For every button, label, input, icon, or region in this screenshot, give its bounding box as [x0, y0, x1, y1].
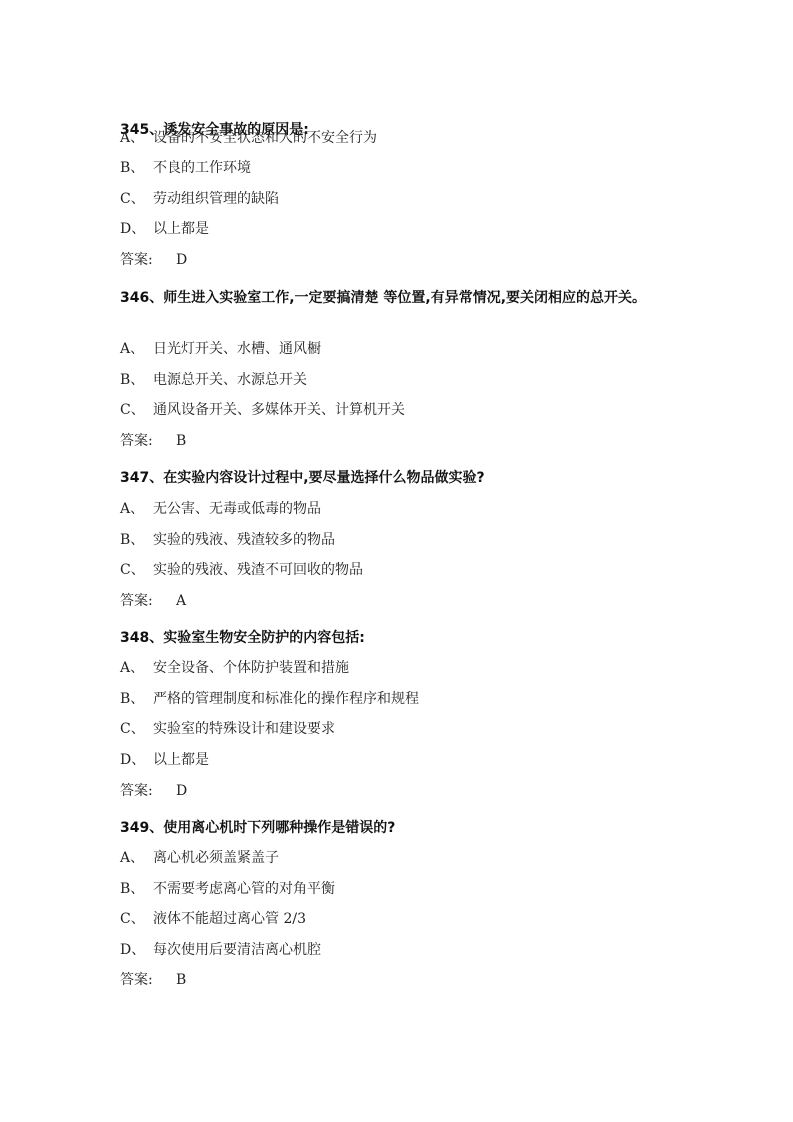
option-text: 以上都是	[153, 221, 209, 237]
option-c: C、实验的残液、残渣不可回收的物品	[120, 561, 363, 579]
option-letter: A、	[120, 500, 153, 518]
option-text: 实验的残液、残渣不可回收的物品	[153, 562, 363, 578]
option-text: 不需要考虑离心管的对角平衡	[153, 881, 335, 897]
option-text: 安全设备、个体防护装置和措施	[153, 660, 349, 676]
option-letter: C、	[120, 401, 153, 419]
option-text: 液体不能超过离心管 2/3	[153, 911, 306, 927]
option-text: 每次使用后要清洁离心机腔	[153, 942, 321, 958]
answer-label: 答案:	[120, 251, 176, 269]
option-letter: A、	[120, 340, 153, 358]
option-letter: B、	[120, 159, 153, 177]
answer-value: B	[176, 433, 186, 449]
option-text: 以上都是	[153, 752, 209, 768]
option-d: D、每次使用后要清洁离心机腔	[120, 941, 321, 959]
option-letter: B、	[120, 880, 153, 898]
question-text: 师生进入实验室工作,一定要搞清楚 等位置,有异常情况,要关闭相应的总开关。	[163, 290, 646, 306]
option-text: 电源总开关、水源总开关	[153, 372, 307, 388]
answer-label: 答案:	[120, 592, 176, 610]
option-text: 不良的工作环境	[153, 160, 251, 176]
option-a: A、离心机必须盖紧盖子	[120, 849, 279, 867]
question-text: 在实验内容设计过程中,要尽量选择什么物品做实验?	[163, 470, 484, 486]
question-title: 346、师生进入实验室工作,一定要搞清楚 等位置,有异常情况,要关闭相应的总开关…	[120, 286, 680, 310]
option-text: 离心机必须盖紧盖子	[153, 850, 279, 866]
question-number: 346、	[120, 290, 163, 306]
answer-line: 答案:B	[120, 432, 186, 450]
option-a: A、日光灯开关、水槽、通风橱	[120, 340, 321, 358]
option-b: B、不良的工作环境	[120, 159, 251, 177]
answer-value: A	[176, 593, 186, 609]
option-c: C、液体不能超过离心管 2/3	[120, 910, 306, 928]
answer-line: 答案:A	[120, 592, 186, 610]
question-title: 347、在实验内容设计过程中,要尽量选择什么物品做实验?	[120, 469, 485, 487]
option-text: 通风设备开关、多媒体开关、计算机开关	[153, 402, 405, 418]
answer-value: D	[176, 783, 187, 799]
answer-value: B	[176, 972, 186, 988]
option-letter: D、	[120, 220, 153, 238]
option-text: 实验的残液、残渣较多的物品	[153, 532, 335, 548]
answer-line: 答案:D	[120, 782, 187, 800]
answer-line: 答案:D	[120, 251, 187, 269]
option-a: A、无公害、无毒或低毒的物品	[120, 500, 321, 518]
option-letter: D、	[120, 751, 153, 769]
option-text: 劳动组织管理的缺陷	[153, 191, 279, 207]
option-letter: A、	[120, 659, 153, 677]
option-b: B、实验的残液、残渣较多的物品	[120, 531, 335, 549]
answer-label: 答案:	[120, 782, 176, 800]
document-page: 345、诱发安全事故的原因是: A、设备的不安全状态和人的不安全行为 B、不良的…	[0, 0, 793, 1122]
option-letter: A、	[120, 849, 153, 867]
option-a: A、设备的不安全状态和人的不安全行为	[120, 129, 377, 147]
option-letter: B、	[120, 371, 153, 389]
option-a: A、安全设备、个体防护装置和措施	[120, 659, 349, 677]
option-c: C、通风设备开关、多媒体开关、计算机开关	[120, 401, 405, 419]
option-c: C、劳动组织管理的缺陷	[120, 190, 279, 208]
option-letter: A、	[120, 129, 153, 147]
option-c: C、实验室的特殊设计和建设要求	[120, 720, 335, 738]
option-text: 无公害、无毒或低毒的物品	[153, 501, 321, 517]
option-b: B、严格的管理制度和标准化的操作程序和规程	[120, 690, 419, 708]
option-b: B、电源总开关、水源总开关	[120, 371, 307, 389]
option-text: 实验室的特殊设计和建设要求	[153, 721, 335, 737]
option-letter: B、	[120, 690, 153, 708]
question-title: 348、实验室生物安全防护的内容包括:	[120, 629, 365, 647]
answer-value: D	[176, 252, 187, 268]
option-d: D、以上都是	[120, 220, 209, 238]
option-text: 设备的不安全状态和人的不安全行为	[153, 130, 377, 146]
answer-label: 答案:	[120, 432, 176, 450]
option-text: 日光灯开关、水槽、通风橱	[153, 341, 321, 357]
question-number: 349、	[120, 820, 163, 836]
option-letter: C、	[120, 561, 153, 579]
option-d: D、以上都是	[120, 751, 209, 769]
question-title: 349、使用离心机时下列哪种操作是错误的?	[120, 819, 395, 837]
question-text: 使用离心机时下列哪种操作是错误的?	[163, 820, 395, 836]
answer-line: 答案:B	[120, 971, 186, 989]
question-text: 实验室生物安全防护的内容包括:	[163, 630, 365, 646]
answer-label: 答案:	[120, 971, 176, 989]
option-text: 严格的管理制度和标准化的操作程序和规程	[153, 691, 419, 707]
option-letter: C、	[120, 910, 153, 928]
question-number: 348、	[120, 630, 163, 646]
option-letter: D、	[120, 941, 153, 959]
option-letter: B、	[120, 531, 153, 549]
option-b: B、不需要考虑离心管的对角平衡	[120, 880, 335, 898]
question-number: 347、	[120, 470, 163, 486]
option-letter: C、	[120, 720, 153, 738]
option-letter: C、	[120, 190, 153, 208]
